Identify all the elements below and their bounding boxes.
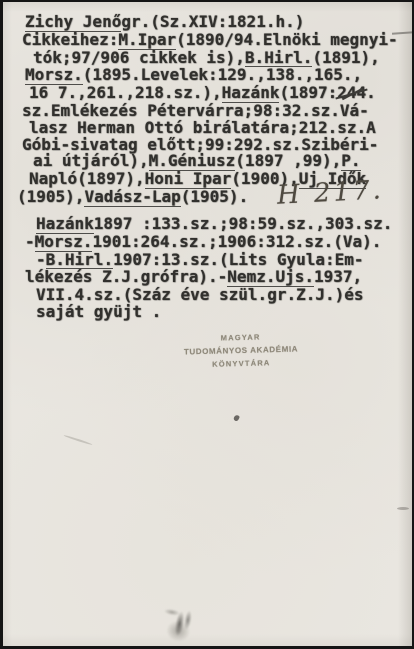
underlined-text-segment: M.Ipar [118,32,176,50]
text-segment: 1937, [314,269,362,286]
text-segment: - [25,234,35,251]
text-segment: Cikkeihez: [22,32,118,49]
catalog-card: Zichy Jenő gr.(Sz.XIV:1821.h.)Cikkeihez:… [0,0,414,649]
text-segment: - [36,252,46,269]
struck-text-segment: 244 [337,85,366,102]
text-segment: (1905). [181,189,248,206]
text-segment: gr.(Sz.XIV:1821.h.) [121,14,304,31]
paper-scuff [397,507,409,510]
text-segment: (1891), [312,50,379,67]
text-segment: (1895.Levelek:129.,138.,165., [83,67,362,84]
text-segment: lékezés Z.J.grófra).- [25,269,227,286]
text-segment: (1897 ,99), [235,153,341,170]
underlined-text-segment: Vadász-Lap [84,189,180,207]
pencil-edge-mark [392,31,414,35]
ink-speck [233,414,240,422]
text-segment: . [366,85,376,102]
text-line: Cikkeihez:M.Ipar(1890/94.Elnöki megnyi- [22,32,398,50]
text-segment: ai útjáról), [33,153,149,170]
paper-scratch [63,434,92,445]
text-segment: (1905), [17,189,84,206]
typewritten-block-references: Hazánk 1897 :133.sz.;98:59.sz.,303.sz.- … [22,216,392,321]
text-line: saját gyüjt . [36,304,392,321]
text-segment: 1907:13.sz.(Lits Gyula:Em- [113,252,363,269]
handwritten-shelfmark: H 217. [276,175,384,211]
library-stamp: MAGYAR TUDOMÁNYOS AKADÉMIA KÖNYVTÁRA [131,328,352,373]
text-segment: Napló(1897), [29,171,145,188]
text-line: - Morsz.1901:264.sz.;1906:312.sz.(Va). [25,234,392,252]
text-segment: saját gyüjt . [36,304,161,321]
text-segment: (1890/94.Elnöki megnyi- [176,32,398,49]
text-segment: tók;97/906 cikkek is), [33,50,245,67]
text-segment: 1901:264.sz.;1906:312.sz.(Va). [92,234,381,251]
text-segment: 16 7.,261.,218.sz.), [29,85,222,102]
text-segment: 1897 :133.sz.;98:59.sz.,303.sz. [94,216,393,233]
underlined-text-segment: Morsz. [35,234,93,252]
ink-smudge [156,588,202,644]
text-segment: (1897: [279,85,337,102]
